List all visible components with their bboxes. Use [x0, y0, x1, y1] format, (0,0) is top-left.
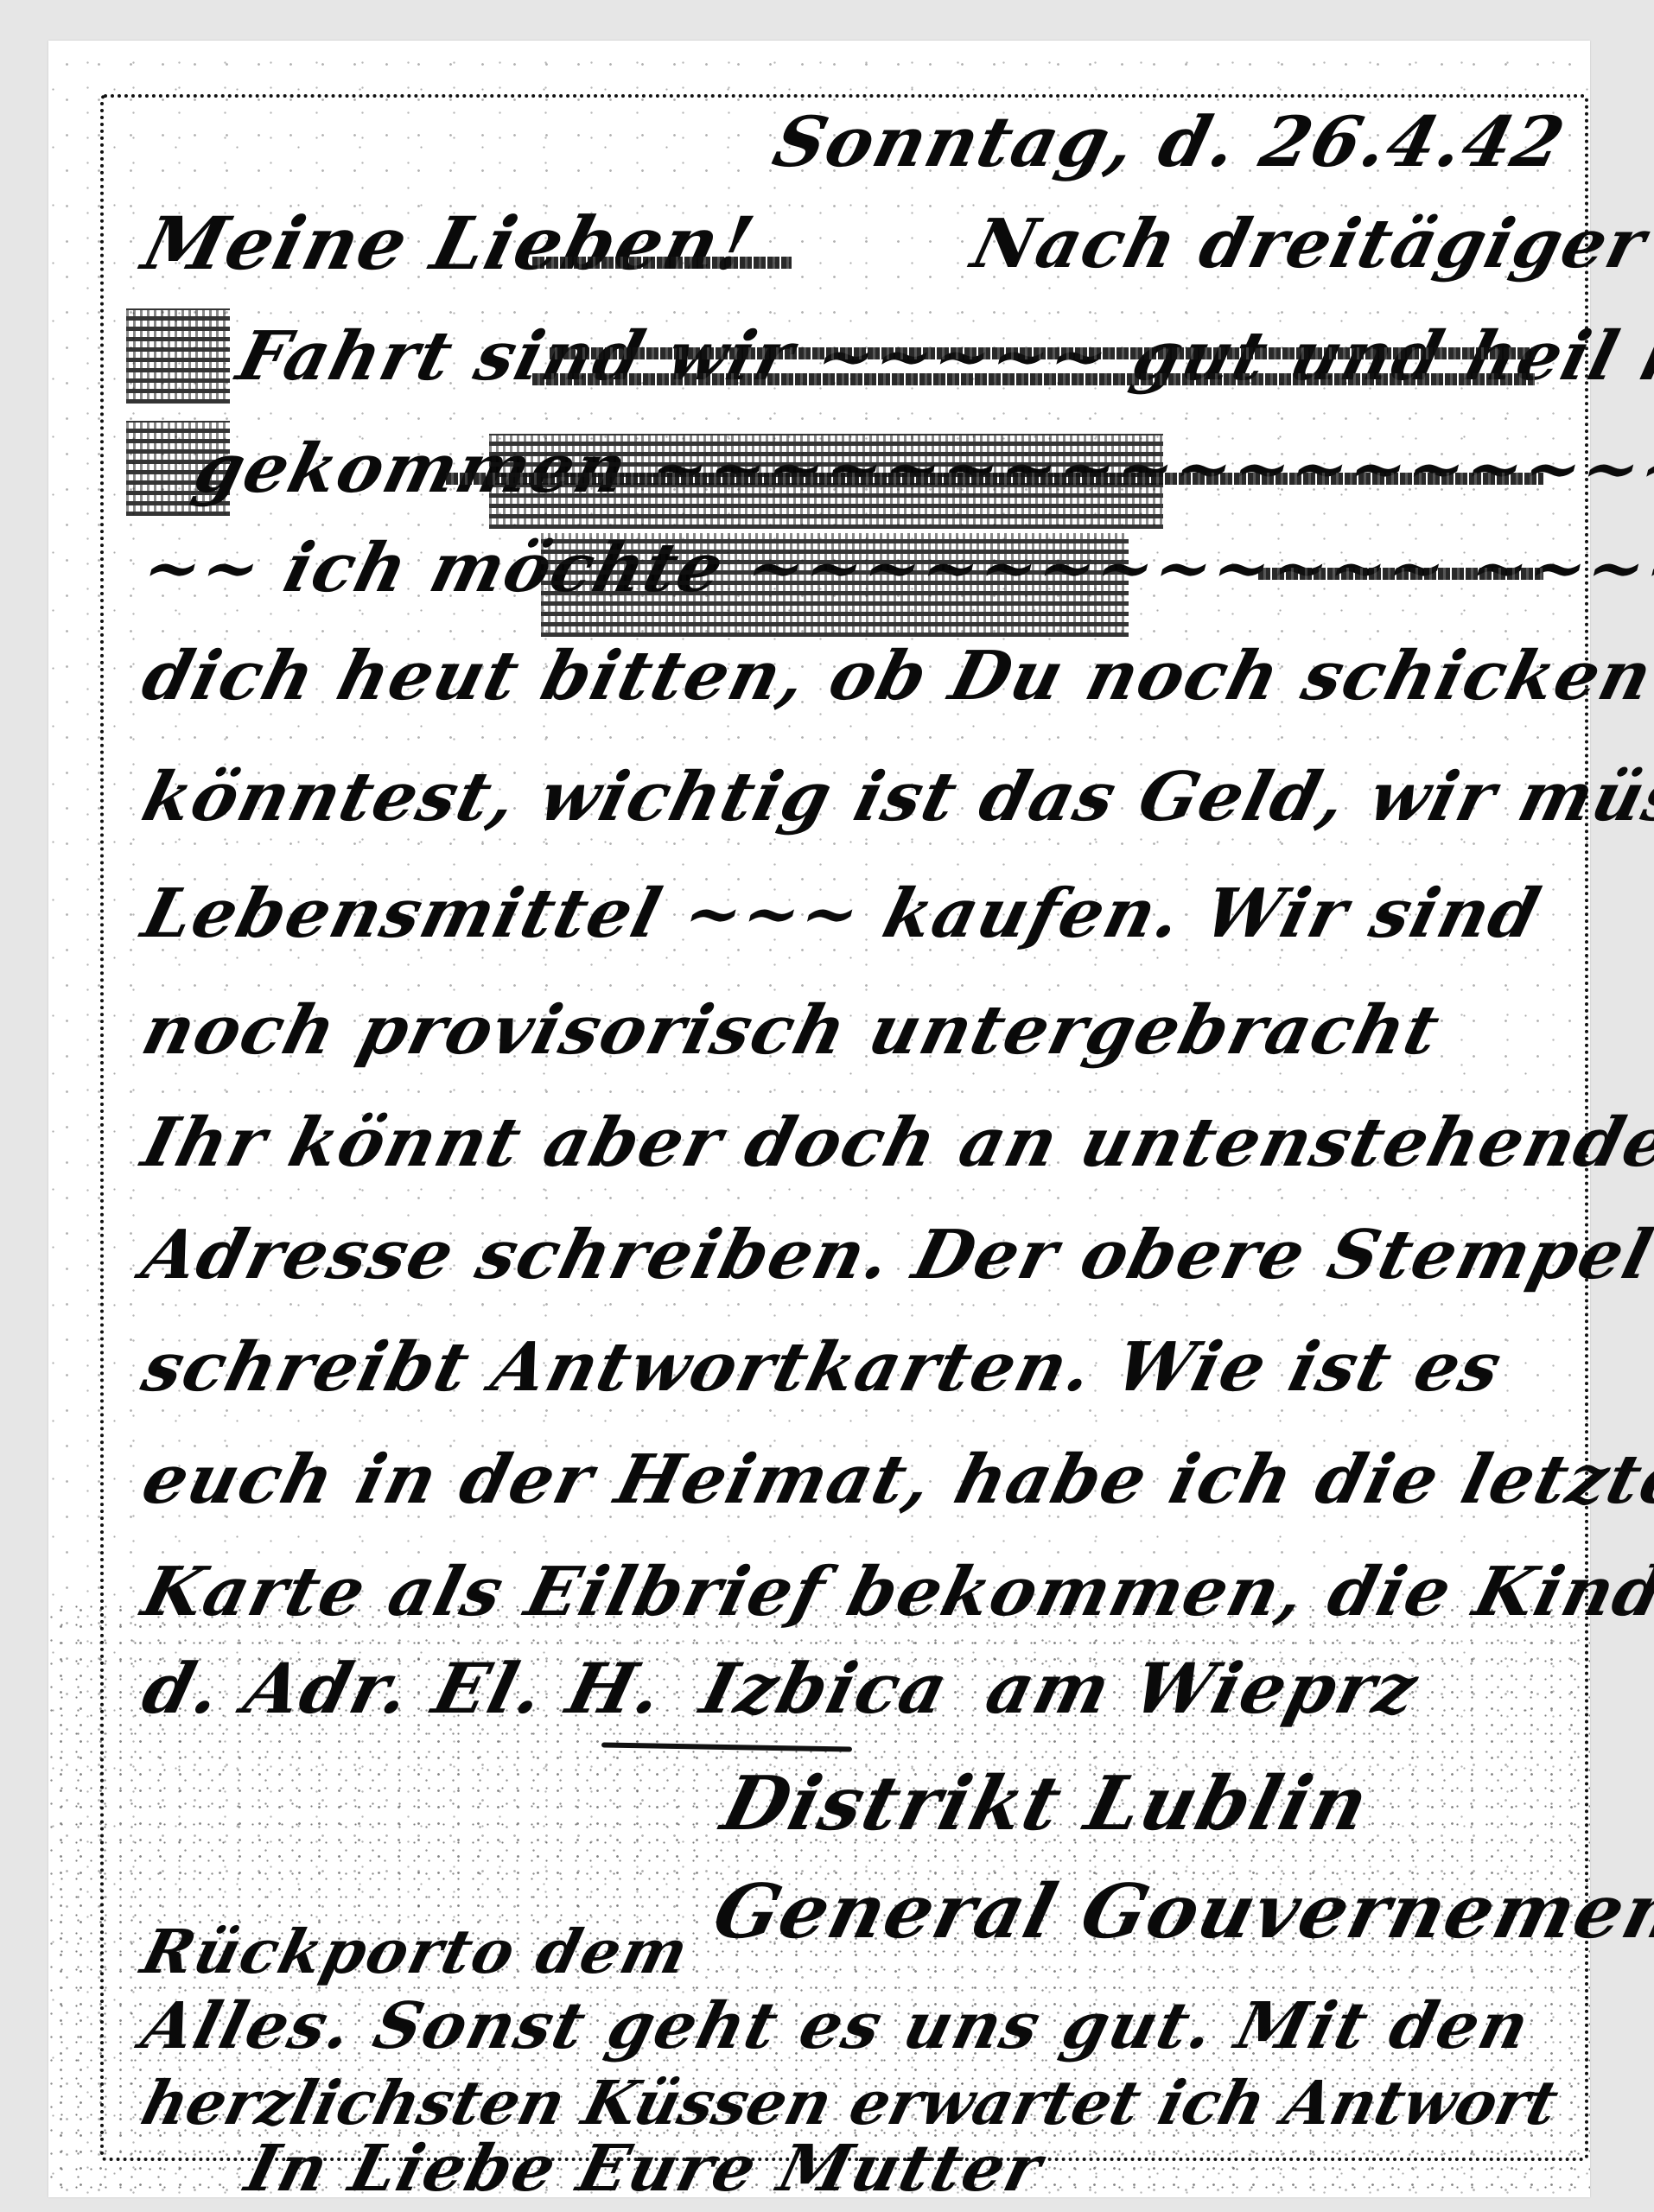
censor-strike [446, 473, 1543, 485]
censor-strike [532, 373, 1535, 385]
letter-line-12: euch in der Heimat, habe ich die letzte [135, 1440, 1654, 1519]
address-district: Distrikt Lublin [714, 1760, 1378, 1847]
letter-line-11: schreibt Antwortkarten. Wie ist es [135, 1328, 1511, 1407]
town-name: Izbica [694, 1648, 957, 1729]
censor-block [126, 308, 230, 404]
signature: In Liebe Eure Mutter [239, 2132, 1051, 2206]
address-prefix: d. Adr. El. H. [135, 1648, 672, 1729]
letter-line-13: Karte als Eilbrief bekommen, die Kinder [135, 1553, 1654, 1631]
closing-line-1: Rückporto dem [135, 1916, 697, 1987]
closing-line-2: Alles. Sonst geht es uns gut. Mit den [135, 1989, 1538, 2063]
address-region: General Gouvernement [705, 1868, 1654, 1955]
letter-line-7: Lebensmittel ~~~ kaufen. Wir sind [135, 874, 1549, 953]
letter-line-6: könntest, wichtig ist das Geld, wir müss… [135, 758, 1654, 836]
address-line-1: d. Adr. El. H. Izbica am Wieprz [135, 1648, 1427, 1729]
closing-line-3: herzlichsten Küssen erwartet ich Antwort [135, 2067, 1565, 2139]
salutation: Meine Lieben! [135, 200, 763, 286]
censor-strike [1258, 568, 1543, 580]
dateline: Sonntag, d. 26.4.42 [766, 101, 1574, 182]
letter-line-8: noch provisorisch untergebracht [135, 991, 1448, 1070]
address-town: Izbica [694, 1648, 957, 1729]
address-suffix: am Wieprz [978, 1648, 1427, 1729]
censor-block [541, 533, 1129, 637]
letter-line-5: dich heut bitten, ob Du noch schicken [135, 637, 1654, 715]
censor-strike [550, 347, 1535, 359]
censor-strike [532, 257, 792, 269]
letter-line-1: Nach dreitägiger [964, 205, 1654, 283]
letter-line-9: Ihr könnt aber doch an untenstehende [135, 1103, 1654, 1182]
letter-page: Sonntag, d. 26.4.42 Meine Lieben! Nach d… [48, 41, 1590, 2197]
letter-line-10: Adresse schreiben. Der obere Stempel [135, 1216, 1654, 1294]
